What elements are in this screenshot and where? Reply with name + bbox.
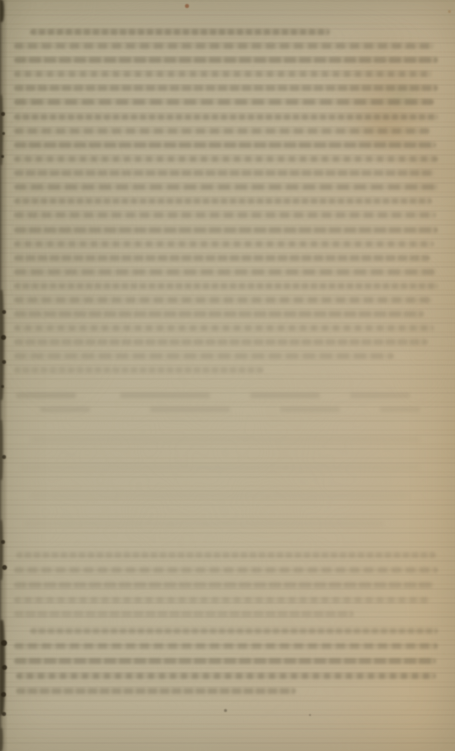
speck <box>1 155 4 158</box>
speck <box>448 10 451 13</box>
speck <box>1 692 6 697</box>
speck <box>1 540 5 544</box>
speck <box>2 360 6 364</box>
speck <box>224 709 227 712</box>
speck <box>1 640 7 646</box>
speck <box>2 132 5 135</box>
speck <box>2 455 6 459</box>
speck <box>1 112 5 116</box>
speck <box>2 712 6 716</box>
speck <box>1 385 4 388</box>
speck-layer <box>0 0 455 751</box>
speck <box>2 310 6 314</box>
speck <box>2 565 7 570</box>
speck <box>309 714 311 716</box>
scanned-page <box>0 0 455 751</box>
speck <box>185 4 189 8</box>
speck <box>2 665 7 670</box>
speck <box>1 335 6 340</box>
